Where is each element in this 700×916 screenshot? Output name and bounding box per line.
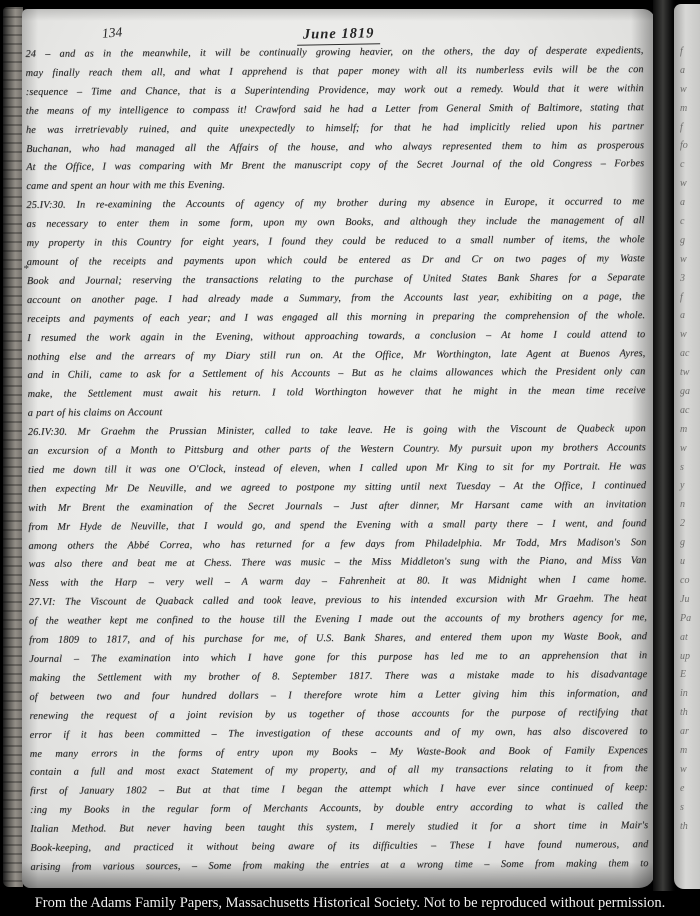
scanned-manuscript-photo: 134 June 1819 * 24 – and as in the meanw…	[0, 0, 700, 916]
text-fragment: c	[674, 159, 700, 178]
text-fragment: e	[674, 783, 700, 802]
manuscript-text: 24 – and as in the meanwhile, it will be…	[25, 45, 648, 881]
text-fragment: w	[674, 764, 700, 783]
text-fragment: w	[674, 178, 700, 197]
text-fragment: u	[674, 556, 700, 575]
text-fragment: m	[674, 424, 700, 443]
text-fragment: s	[674, 462, 700, 481]
text-fragment: f	[674, 122, 700, 141]
page-heading-row: June 1819	[22, 25, 655, 45]
text-fragment: m	[674, 745, 700, 764]
text-fragment: w	[674, 84, 700, 103]
text-fragment: a	[674, 197, 700, 216]
adjacent-page-text-fragments: fawmffocwacgw3fawactwgaacmwsyn2gucoJuPaa…	[674, 4, 700, 839]
text-fragment: at	[674, 632, 700, 651]
text-fragment: th	[674, 707, 700, 726]
text-fragment: w	[674, 443, 700, 462]
text-fragment: w	[674, 254, 700, 273]
text-fragment: co	[674, 575, 700, 594]
text-fragment: Pa	[674, 613, 700, 632]
manuscript-line: arising from various sources, – Some fro…	[30, 858, 648, 881]
text-fragment: c	[674, 216, 700, 235]
text-fragment: 3	[674, 273, 700, 292]
text-fragment: ar	[674, 726, 700, 745]
text-fragment: up	[674, 651, 700, 670]
text-fragment: m	[674, 103, 700, 122]
text-fragment: f	[674, 292, 700, 311]
page-heading: June 1819	[297, 25, 381, 45]
text-fragment: g	[674, 235, 700, 254]
text-fragment: fo	[674, 140, 700, 159]
text-fragment: y	[674, 480, 700, 499]
text-fragment: th	[674, 821, 700, 840]
manuscript-page: 134 June 1819 * 24 – and as in the meanw…	[22, 9, 655, 888]
text-fragment: g	[674, 537, 700, 556]
page-gutter-shadow	[653, 0, 675, 893]
text-fragment: f	[674, 46, 700, 65]
text-fragment: E	[674, 669, 700, 688]
text-fragment: Ju	[674, 594, 700, 613]
text-fragment: ac	[674, 348, 700, 367]
text-fragment: tw	[674, 367, 700, 386]
text-fragment: n	[674, 499, 700, 518]
text-fragment: ga	[674, 386, 700, 405]
caption-text: From the Adams Family Papers, Massachuse…	[35, 895, 666, 912]
text-fragment: a	[674, 65, 700, 84]
text-fragment: w	[674, 329, 700, 348]
caption-bar: From the Adams Family Papers, Massachuse…	[0, 891, 700, 916]
text-fragment: a	[674, 310, 700, 329]
text-fragment: ac	[674, 405, 700, 424]
text-fragment: s	[674, 802, 700, 821]
text-fragment: in	[674, 688, 700, 707]
text-fragment: 2	[674, 518, 700, 537]
book-binding-edge	[3, 7, 23, 887]
adjacent-page-edge: fawmffocwacgw3fawactwgaacmwsyn2gucoJuPaa…	[674, 4, 700, 889]
